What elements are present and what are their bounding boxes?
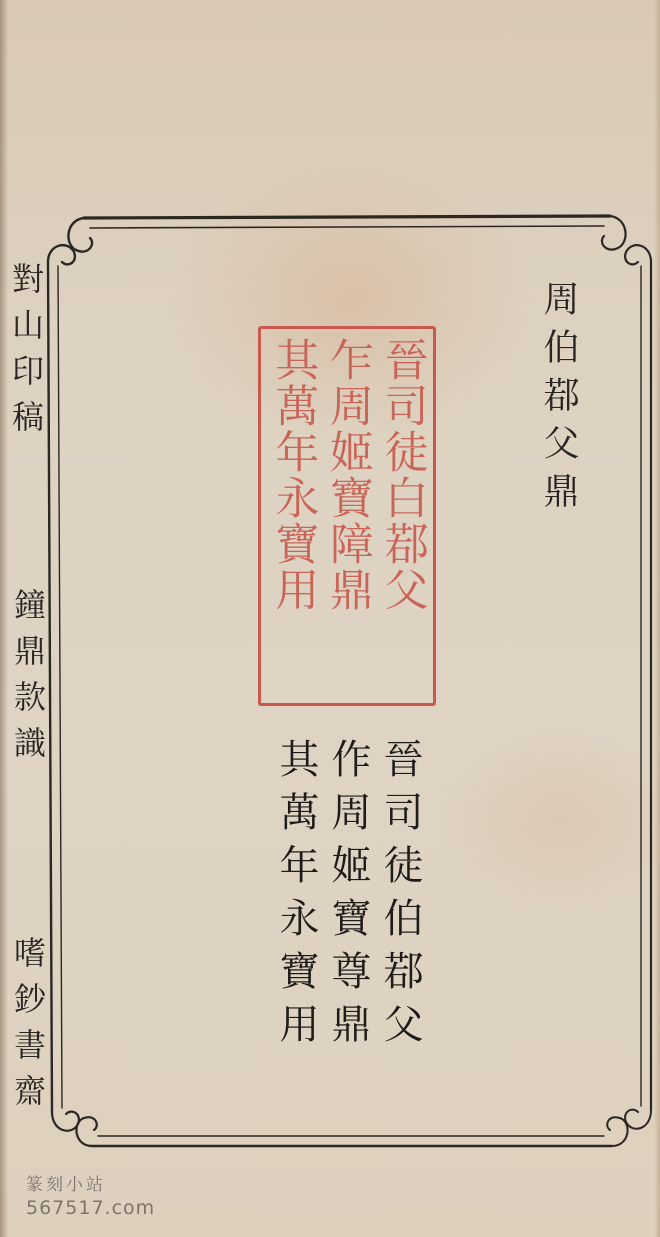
seal-impression: 晉司徒白鄀父 乍周姬寶障鼎 其萬年永寶用 xyxy=(258,326,436,706)
watermark: 篆刻小站 567517.com xyxy=(26,1170,155,1219)
studio-name: 嗜鈔書齋 xyxy=(12,936,44,1120)
section-title: 鐘鼎款識 xyxy=(12,588,44,772)
inscription-line-3: 其萬年永寶用 xyxy=(276,738,316,1078)
seal-column-3: 其萬年永寶用 xyxy=(270,337,314,695)
seal-column-2: 乍周姬寶障鼎 xyxy=(325,337,369,695)
inscription-transcription: 晉司徒伯鄀父 作周姬寶尊鼎 其萬年永寶用 xyxy=(276,738,420,1078)
piece-title: 周伯鄀父鼎 xyxy=(540,280,576,520)
book-title: 對山印稿 xyxy=(10,262,42,446)
watermark-site-name: 篆刻小站 xyxy=(26,1170,155,1195)
inscription-line-1: 晉司徒伯鄀父 xyxy=(380,738,420,1078)
inscription-line-2: 作周姬寶尊鼎 xyxy=(328,738,368,1078)
seal-column-1: 晉司徒白鄀父 xyxy=(380,337,424,695)
watermark-url: 567517.com xyxy=(26,1197,155,1219)
